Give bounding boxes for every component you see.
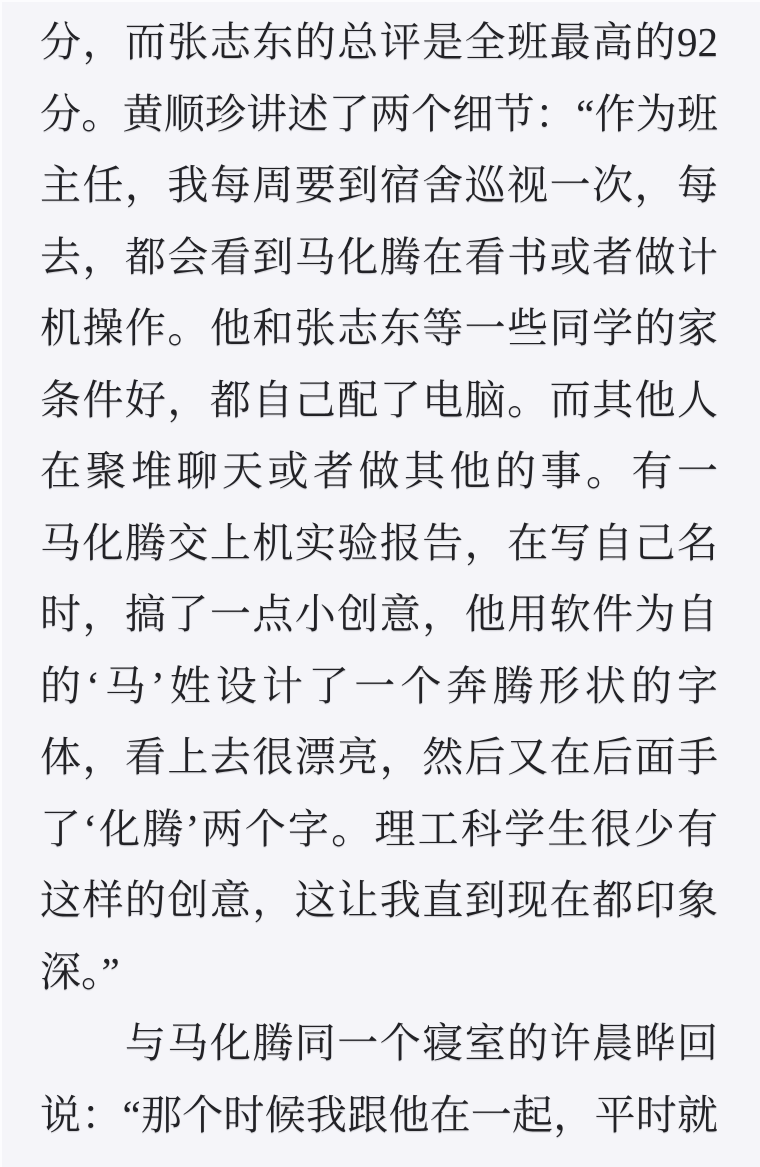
text-content: 分，而张志东的总评是全班最高的92分。黄顺珍讲述了两个细节：“作为班主任，我每周…	[40, 7, 718, 1151]
text-line: 的‘马’姓设计了一个奔腾形状的字	[40, 651, 718, 723]
ebook-page[interactable]: 分，而张志东的总评是全班最高的92分。黄顺珍讲述了两个细节：“作为班主任，我每周…	[0, 0, 760, 1167]
text-line: 分。黄顺珍讲述了两个细节：“作为班	[40, 79, 718, 151]
text-line: 与马化腾同一个寝室的许晨晔回忆	[40, 1008, 718, 1080]
text-line: 这样的创意，这让我直到现在都印象很	[40, 865, 718, 937]
text-line: 体，看上去很漂亮，然后又在后面手写	[40, 722, 718, 794]
text-line: 时，搞了一点小创意，他用软件为自己	[40, 579, 718, 651]
text-line: 在聚堆聊天或者做其他的事。有一次，	[40, 436, 718, 508]
text-line: 机操作。他和张志东等一些同学的家庭	[40, 293, 718, 365]
text-line: 深。”	[40, 937, 718, 1009]
text-line: 马化腾交上机实验报告，在写自己名字	[40, 508, 718, 580]
text-line: 去，都会看到马化腾在看书或者做计算	[40, 222, 718, 294]
text-line: 了‘化腾’两个字。理工科学生很少有	[40, 794, 718, 866]
text-line: 条件好，都自己配了电脑。而其他人都	[40, 365, 718, 437]
text-line: 说：“那个时候我跟他在一起，平时就	[40, 1080, 718, 1152]
text-line: 分，而张志东的总评是全班最高的92	[40, 7, 718, 79]
text-line: 主任，我每周要到宿舍巡视一次，每次	[40, 150, 718, 222]
